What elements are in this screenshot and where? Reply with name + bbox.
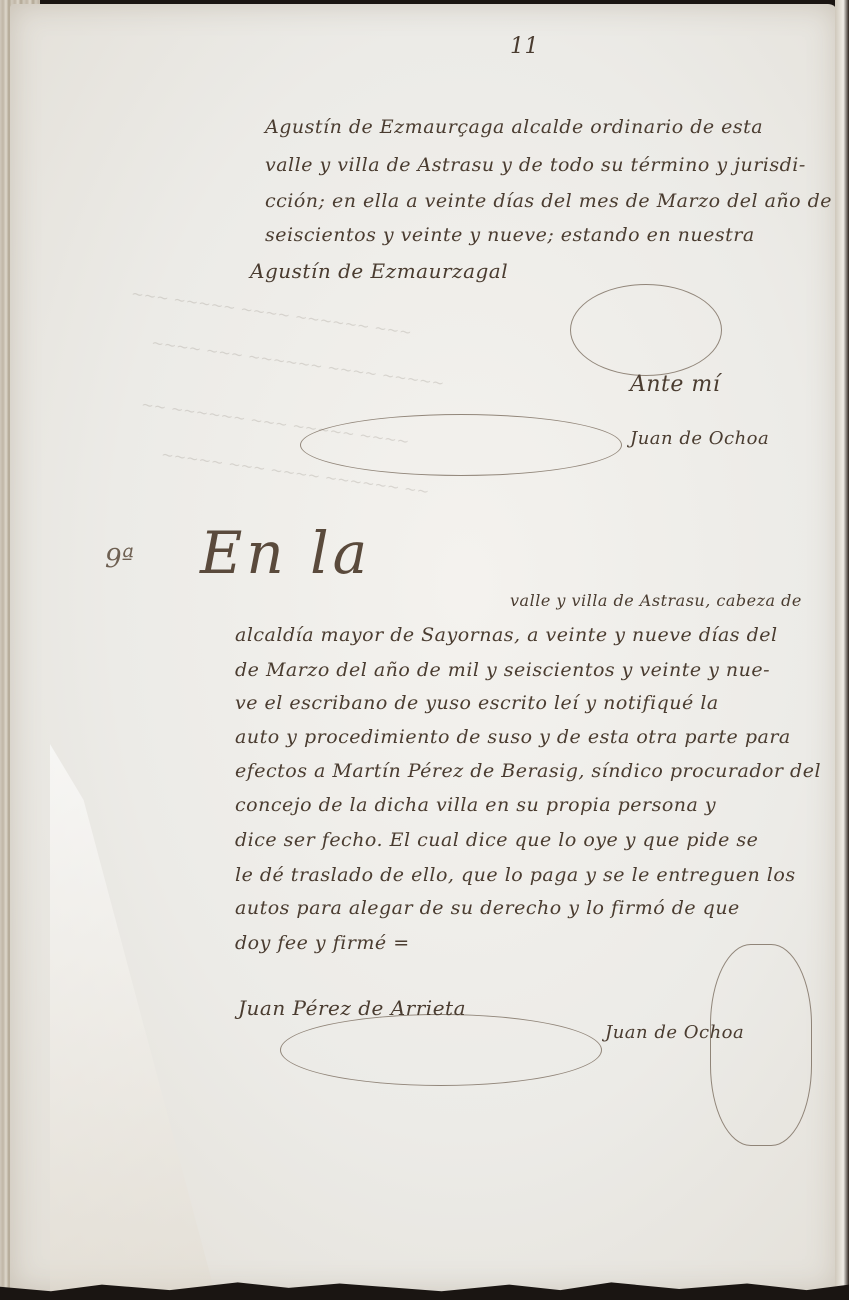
folio-mark: 11 xyxy=(510,34,539,59)
text-line: auto y procedimiento de suso y de esta o… xyxy=(235,726,791,748)
bleed-through-text: ~~~~ ~~~ ~~~~~~ ~~~~ ~~~~~ xyxy=(150,334,445,393)
signature-flourish xyxy=(300,414,622,476)
manuscript-page: 11 ~~~ ~~~~~ ~~~~ ~~~~~~ ~~~ ~~~~ ~~~ ~~… xyxy=(10,4,838,1292)
text-line: dice ser fecho. El cual dice que lo oye … xyxy=(235,829,758,851)
text-line: valle y villa de Astrasu y de todo su té… xyxy=(265,154,806,176)
margin-note: 9ª xyxy=(105,544,134,574)
text-line: cción; en ella a veinte días del mes de … xyxy=(265,190,849,212)
text-line: valle y villa de Astrasu, cabeza de xyxy=(510,591,802,610)
text-line: de Marzo del año de mil y seiscientos y … xyxy=(235,659,770,681)
witness-signature: Juan Pérez de Arrieta xyxy=(238,996,466,1020)
text-line-signature: Agustín de Ezmaurzagal xyxy=(250,259,508,283)
page-edge xyxy=(835,0,849,1300)
text-line: seiscientos y veinte y nueve; estando en… xyxy=(265,224,755,246)
rubric-ante-mi: Ante mí xyxy=(630,372,720,397)
text-line: ve el escribano de yuso escrito leí y no… xyxy=(235,692,719,714)
text-line: autos para alegar de su derecho y lo fir… xyxy=(235,897,740,919)
signature-flourish xyxy=(710,944,812,1146)
folded-corner xyxy=(50,744,330,1300)
signature-flourish xyxy=(280,1014,602,1086)
text-line: Agustín de Ezmaurçaga alcalde ordinario … xyxy=(265,116,763,138)
notary-signature: Juan de Ochoa xyxy=(630,428,769,449)
text-line: doy fee y firmé = xyxy=(235,932,410,954)
bleed-through-text: ~~~ ~~~~~ ~~~~ ~~~~~~ ~~~ xyxy=(130,284,413,341)
text-line: efectos a Martín Pérez de Berasig, síndi… xyxy=(235,760,821,782)
text-line: concejo de la dicha villa en su propia p… xyxy=(235,794,716,816)
ornate-heading: En la xyxy=(200,519,371,587)
signature-flourish xyxy=(570,284,722,376)
text-line: le dé traslado de ello, que lo paga y se… xyxy=(235,864,796,886)
text-line: alcaldía mayor de Sayornas, a veinte y n… xyxy=(235,624,778,646)
